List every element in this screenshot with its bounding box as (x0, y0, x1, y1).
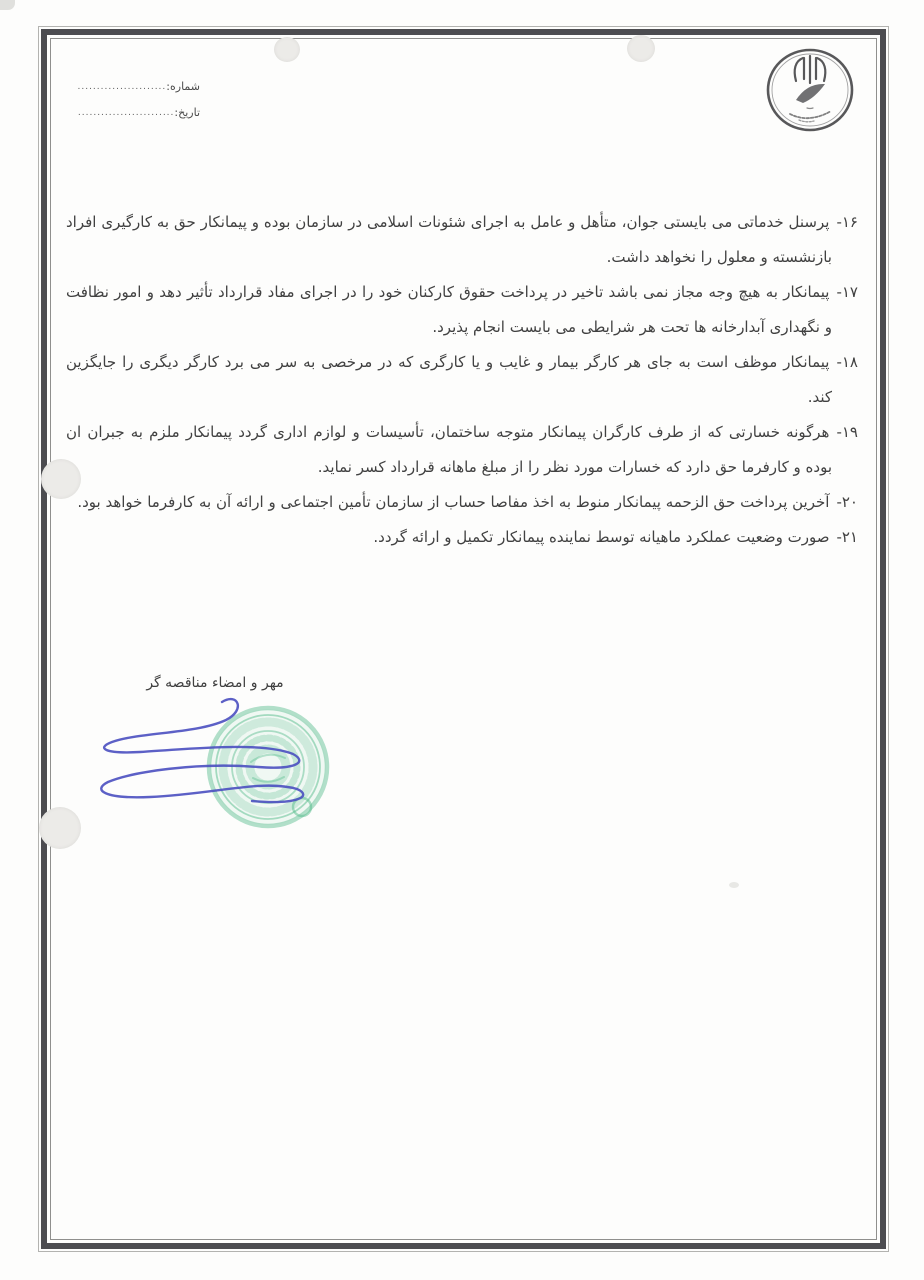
clause-number: ۱۹- (836, 423, 858, 441)
clause-text: پرسنل خدماتی می بایستی جوان، متأهل و عام… (66, 213, 832, 266)
clause-number: ۲۰- (836, 493, 858, 511)
organization-emblem-icon (763, 46, 857, 136)
contract-clause: ۱۸-پیمانکار موظف است به جای هر کارگر بیم… (66, 345, 858, 415)
date-field-row: تاریخ: .................................… (78, 103, 200, 119)
emblem-calligraphy-stroke (796, 84, 825, 103)
scan-speck (729, 882, 739, 888)
handwritten-signature-icon (90, 690, 335, 815)
contract-clause: ۲۱-صورت وضعیت عملکرد ماهیانه توسط نمایند… (66, 520, 858, 555)
clause-text: آخرین پرداخت حق الزحمه پیمانکار منوط به … (77, 493, 829, 511)
clause-number: ۲۱- (836, 528, 858, 546)
contract-clause: ۱۹-هرگونه خسارتی که از طرف کارگران پیمان… (66, 415, 858, 485)
punch-hole-mark (627, 35, 655, 62)
date-field-label: تاریخ: (174, 106, 200, 119)
clause-text: پیمانکار به هیچ وجه مجاز نمی باشد تاخیر … (66, 283, 832, 336)
clause-number: ۱۶- (836, 213, 858, 231)
punch-hole-mark (39, 807, 81, 849)
date-field-blank-line: ........................................… (78, 108, 174, 118)
punch-hole-mark (274, 37, 300, 62)
number-field-blank-line: ........................................… (78, 82, 166, 92)
clause-number: ۱۷- (836, 283, 858, 301)
clause-text: هرگونه خسارتی که از طرف کارگران پیمانکار… (66, 423, 832, 476)
stamp-signature-caption: مهر و امضاء مناقصه گر (141, 675, 289, 691)
clause-number: ۱۸- (836, 353, 858, 371)
punch-hole-mark (41, 459, 81, 499)
number-field-row: شماره: .................................… (78, 77, 200, 93)
contract-clauses-list: ۱۶-پرسنل خدماتی می بایستی جوان، متأهل و … (66, 205, 858, 555)
scan-corner-speck (0, 0, 15, 10)
document-page: شماره: .................................… (0, 0, 924, 1280)
clause-text: صورت وضعیت عملکرد ماهیانه توسط نماینده پ… (373, 528, 829, 546)
letterhead-fields: شماره: .................................… (78, 77, 200, 119)
contract-clause: ۱۶-پرسنل خدماتی می بایستی جوان، متأهل و … (66, 205, 858, 275)
number-field-label: شماره: (166, 80, 200, 93)
contract-clause: ۱۷-پیمانکار به هیچ وجه مجاز نمی باشد تاخ… (66, 275, 858, 345)
clause-text: پیمانکار موظف است به جای هر کارگر بیمار … (66, 353, 832, 406)
contract-clause: ۲۰-آخرین پرداخت حق الزحمه پیمانکار منوط … (66, 485, 858, 520)
